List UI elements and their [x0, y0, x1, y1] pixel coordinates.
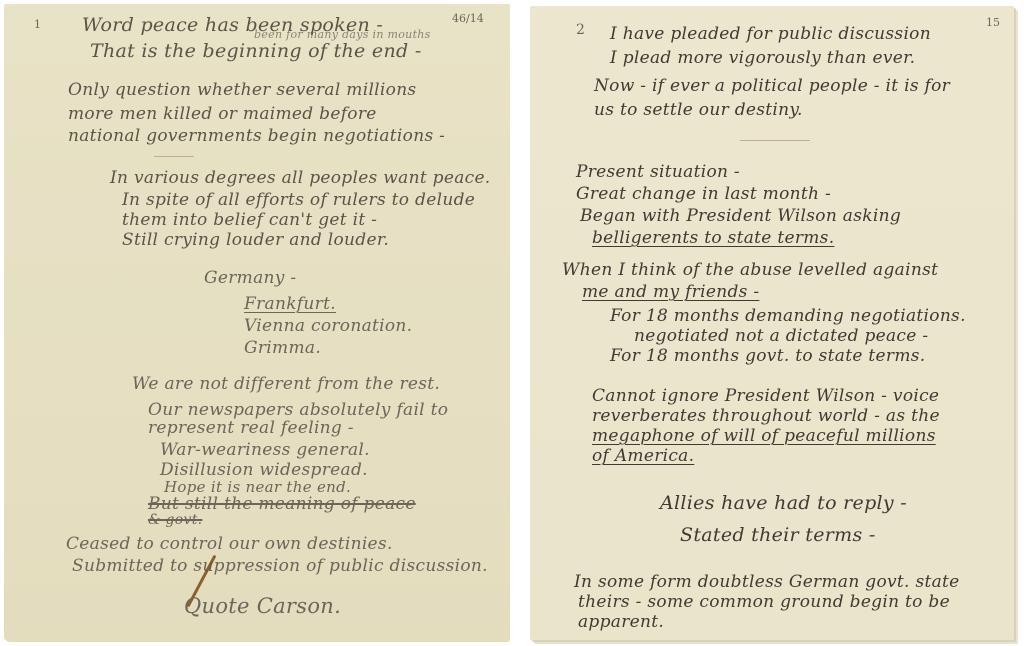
text-line: Stated their terms -	[680, 524, 876, 546]
text-line: Allies have had to reply -	[660, 492, 907, 514]
text-line: Great change in last month -	[576, 184, 831, 204]
text-line: theirs - some common ground begin to be	[578, 592, 950, 612]
text-line: In various degrees all peoples want peac…	[110, 168, 491, 188]
page-number: 1	[34, 18, 41, 31]
text-line: I plead more vigorously than ever.	[610, 48, 915, 68]
manuscript-page-left: 1 46/14 been for many days in mouths Wor…	[4, 4, 510, 642]
text-line: Quote Carson.	[184, 594, 341, 618]
text-line: us to settle our destiny.	[594, 100, 803, 120]
text-line: Our newspapers absolutely fail to	[148, 400, 448, 420]
divider	[740, 140, 810, 141]
text-line: That is the beginning of the end -	[90, 40, 422, 62]
text-line: When I think of the abuse levelled again…	[562, 260, 938, 280]
text-line: apparent.	[578, 612, 664, 632]
page-number: 2	[576, 22, 585, 38]
text-line: Disillusion widespread.	[160, 460, 368, 480]
folio-number: 15	[986, 16, 1000, 29]
text-line: Grimma.	[244, 338, 321, 358]
text-line: We are not different from the rest.	[132, 374, 440, 394]
text-line: represent real feeling -	[148, 418, 354, 438]
text-line: Cannot ignore President Wilson - voice	[592, 386, 939, 406]
text-line: War-weariness general.	[160, 440, 370, 460]
text-line: Germany -	[204, 268, 296, 288]
text-line: Submitted to suppression of public discu…	[72, 556, 488, 576]
struck-text-line: & govt.	[148, 512, 202, 528]
folio-number: 46/14	[452, 12, 484, 25]
text-line: For 18 months govt. to state terms.	[610, 346, 925, 366]
text-line: of America.	[592, 446, 694, 466]
text-line: Frankfurt.	[244, 294, 336, 314]
manuscript-page-right: 2 15 I have pleaded for public discussio…	[530, 6, 1014, 640]
text-line: Present situation -	[576, 162, 740, 182]
text-line: Still crying louder and louder.	[122, 230, 389, 250]
text-line: belligerents to state terms.	[592, 228, 834, 248]
text-line: megaphone of will of peaceful millions	[592, 426, 936, 446]
text-line: In spite of all efforts of rulers to del…	[122, 190, 475, 210]
text-line: national governments begin negotiations …	[68, 126, 445, 146]
text-line: Ceased to control our own destinies.	[66, 534, 393, 554]
text-line: Only question whether several millions	[68, 80, 416, 100]
text-line: me and my friends -	[582, 282, 759, 302]
text-line: I have pleaded for public discussion	[610, 24, 931, 44]
text-line: Word peace has been spoken -	[82, 14, 383, 36]
divider	[154, 156, 194, 157]
text-line: For 18 months demanding negotiations.	[610, 306, 966, 326]
text-line: Now - if ever a political people - it is…	[594, 76, 950, 96]
text-line: Began with President Wilson asking	[580, 206, 901, 226]
text-line: them into belief can't get it -	[122, 210, 377, 230]
text-line: In some form doubtless German govt. stat…	[574, 572, 960, 592]
text-line: more men killed or maimed before	[68, 104, 377, 124]
text-line: Vienna coronation.	[244, 316, 412, 336]
struck-text-line: But still the meaning of peace	[148, 494, 416, 514]
text-line: negotiated not a dictated peace -	[634, 326, 928, 346]
text-line: reverberates throughout world - as the	[592, 406, 940, 426]
